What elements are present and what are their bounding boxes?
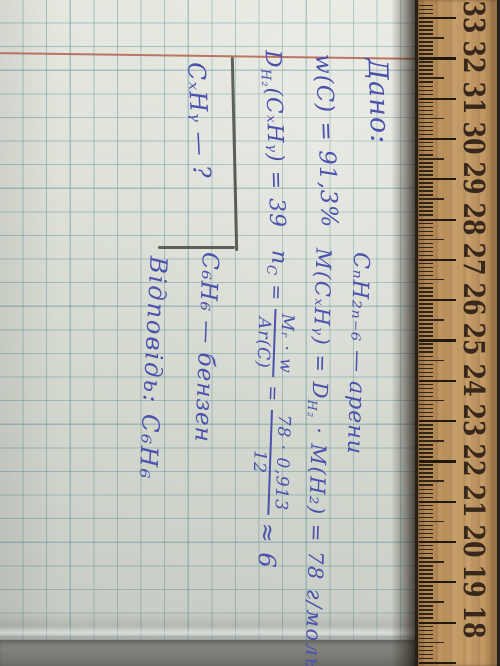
ruler-tick-mm xyxy=(419,372,433,374)
ruler-tick-mm xyxy=(419,368,433,370)
ruler-tick-mm xyxy=(419,480,444,482)
ruler-tick-mm xyxy=(419,37,444,39)
ruler-tick-mm xyxy=(419,613,433,615)
ruler-tick-mm xyxy=(419,392,433,394)
nc-subscript: С xyxy=(263,265,278,277)
ruler-tick-mm xyxy=(419,400,444,402)
ruler-tick-mm xyxy=(419,464,433,466)
ruler-tick-mm xyxy=(419,509,433,511)
ruler-tick-mm xyxy=(419,61,433,63)
ruler-tick-mm xyxy=(419,21,433,23)
wooden-ruler: 33323130292827262524232221201918 xyxy=(415,0,500,666)
ruler-tick-mm xyxy=(419,166,433,168)
upright-page: Дано: w(С) = 91,3% DН₂(СₓНᵧ) = 39 СₓНᵧ —… xyxy=(0,0,500,666)
ruler-tick-mm xyxy=(419,77,444,79)
ruler-tick-mm xyxy=(419,364,433,366)
ruler-tick-mm xyxy=(419,593,433,595)
ruler-tick-cm xyxy=(419,581,456,583)
ruler-tick-mm xyxy=(419,303,433,305)
ruler-tick-mm xyxy=(419,198,444,200)
fraction-denominator: Ar(С) xyxy=(251,313,274,373)
ruler-tick-mm xyxy=(419,13,433,15)
ruler-tick-mm xyxy=(419,630,433,632)
given-box-divider xyxy=(158,246,235,249)
ruler-tick-mm xyxy=(419,529,433,531)
ruler-tick-mm xyxy=(419,472,433,474)
ruler-tick-mm xyxy=(419,577,433,579)
ruler-tick-mm xyxy=(419,605,433,607)
ruler-tick-mm xyxy=(419,86,433,88)
ruler-tick-mm xyxy=(419,319,444,321)
ruler-tick-mm xyxy=(419,545,433,547)
ruler-tick-mm xyxy=(419,432,433,434)
ruler-tick-mm xyxy=(419,110,433,112)
ruler-tick-cm xyxy=(419,98,456,100)
ruler-tick-cm xyxy=(419,138,456,140)
ruler-tick-mm xyxy=(419,654,433,656)
ruler-tick-mm xyxy=(419,150,433,152)
ruler-tick-mm xyxy=(419,69,433,71)
ruler-tick-mm xyxy=(419,456,433,458)
ruler-tick-cm xyxy=(419,622,456,624)
density-line: DН₂(СₓНᵧ) = 39 xyxy=(257,50,289,229)
ruler-tick-mm xyxy=(419,517,433,519)
nc-base: n xyxy=(266,250,292,266)
ruler-tick-mm xyxy=(419,484,433,486)
ruler-tick-mm xyxy=(419,343,433,345)
ruler-tick-mm xyxy=(419,440,444,442)
ruler-tick-mm xyxy=(419,311,433,313)
ruler-tick-mm xyxy=(419,585,433,587)
ruler-tick-mm xyxy=(419,243,433,245)
ruler-tick-mm xyxy=(419,376,433,378)
ruler-shadow xyxy=(391,0,418,666)
ruler-tick-mm xyxy=(419,206,433,208)
ruler-tick-mm xyxy=(419,94,433,96)
ruler-tick-mm xyxy=(419,569,433,571)
ruler-tick-mm xyxy=(419,231,433,233)
ruler-tick-mm xyxy=(419,549,433,551)
ruler-tick-mm xyxy=(419,307,433,309)
ruler-tick-mm xyxy=(419,182,433,184)
ruler-tick-mm xyxy=(419,134,433,136)
ruler-tick-mm xyxy=(419,162,433,164)
ruler-tick-mm xyxy=(419,194,433,196)
ruler-tick-mm xyxy=(419,331,433,333)
ruler-tick-mm xyxy=(419,388,433,390)
ruler-tick-mm xyxy=(419,41,433,43)
ruler-tick-mm xyxy=(419,9,433,11)
ruler-tick-mm xyxy=(419,279,444,281)
ruler-tick-mm xyxy=(419,65,433,67)
table-surface xyxy=(0,640,418,666)
ruler-tick-mm xyxy=(419,142,433,144)
ruler-tick-mm xyxy=(419,202,433,204)
ruler-tick-mm xyxy=(419,493,433,495)
ruler-tick-mm xyxy=(419,291,433,293)
ruler-tick-mm xyxy=(419,356,433,358)
ruler-tick-mm xyxy=(419,557,433,559)
ruler-tick-mm xyxy=(419,295,433,297)
ruler-tick-mm xyxy=(419,114,433,116)
molar-mass-subscript: Н₂ xyxy=(305,400,320,419)
ruler-tick-mm xyxy=(419,33,433,35)
ruler-tick-mm xyxy=(419,626,433,628)
fraction-denominator: 12 xyxy=(247,446,269,478)
numeric-fraction: 78 · 0,913 12 xyxy=(246,409,294,515)
ruler-tick-mm xyxy=(419,537,433,539)
ruler-tick-mm xyxy=(419,5,433,7)
ruler-tick-mm xyxy=(419,513,433,515)
ruler-tick-mm xyxy=(419,90,433,92)
ruler-tick-mm xyxy=(419,525,433,527)
ruler-tick-cm xyxy=(419,501,456,503)
ruler-tick-mm xyxy=(419,275,433,277)
ruler-tick-mm xyxy=(419,561,444,563)
ruler-tick-mm xyxy=(419,589,433,591)
ruler-tick-cm xyxy=(419,339,456,341)
fraction-numerator: 78 · 0,913 xyxy=(267,410,294,515)
page-edge-curl xyxy=(0,612,418,642)
ruler-tick-mm xyxy=(419,190,433,192)
ruler-tick-mm xyxy=(419,448,433,450)
ruler-tick-mm xyxy=(419,118,444,120)
ruler-tick-mm xyxy=(419,25,433,27)
ruler-tick-mm xyxy=(419,227,433,229)
ruler-tick-mm xyxy=(419,489,433,491)
ruler-tick-mm xyxy=(419,468,433,470)
nc-symbol: nС xyxy=(263,250,292,277)
ruler-tick-cm xyxy=(419,420,456,422)
ruler-tick-mm xyxy=(419,283,433,285)
ruler-tick-mm xyxy=(419,210,433,212)
ruler-tick-mm xyxy=(419,396,433,398)
ruler-tick-cm xyxy=(419,460,456,462)
ruler-tick-cm xyxy=(419,662,456,664)
ruler-tick-mm xyxy=(419,476,433,478)
ruler-tick-cm xyxy=(419,219,456,221)
ruler-tick-mm xyxy=(419,29,433,31)
ruler-tick-mm xyxy=(419,533,433,535)
ruler-tick-mm xyxy=(419,646,433,648)
ruler-tick-mm xyxy=(419,650,433,652)
ruler-tick-mm xyxy=(419,436,433,438)
ruler-tick-mm xyxy=(419,408,433,410)
carbon-count-result: ≈ 6 xyxy=(252,522,282,569)
ruler-tick-mm xyxy=(419,263,433,265)
equals-sign: = xyxy=(261,385,284,403)
ruler-tick-mm xyxy=(419,235,433,237)
ruler-tick-mm xyxy=(419,214,433,216)
ruler-tick-mm xyxy=(419,158,444,160)
ruler-tick-mm xyxy=(419,416,433,418)
ruler-tick-mm xyxy=(419,239,444,241)
density-symbol: D xyxy=(260,50,285,69)
ruler-tick-mm xyxy=(419,53,433,55)
ruler-tick-mm xyxy=(419,49,433,51)
ruler-tick-mm xyxy=(419,573,433,575)
ruler-tick-mm xyxy=(419,174,433,176)
formula-fraction: Мᵣ · w Ar(С) xyxy=(251,308,298,378)
ruler-tick-mm xyxy=(419,267,433,269)
ruler-tick-mm xyxy=(419,287,433,289)
ruler-tick-cm xyxy=(419,17,456,19)
equals-sign: = xyxy=(265,284,288,302)
ruler-tick-mm xyxy=(419,565,433,567)
fraction-numerator: Мᵣ · w xyxy=(272,309,298,378)
ruler-tick-mm xyxy=(419,126,433,128)
ruler-tick-mm xyxy=(419,404,433,406)
ruler-tick-cm xyxy=(419,380,456,382)
ruler-tick-mm xyxy=(419,106,433,108)
ruler-tick-cm xyxy=(419,541,456,543)
ruler-tick-mm xyxy=(419,247,433,249)
ruler-tick-mm xyxy=(419,130,433,132)
ruler-tick-mm xyxy=(419,412,433,414)
ruler-tick-mm xyxy=(419,505,433,507)
ruler-tick-mm xyxy=(419,658,433,660)
ruler-tick-mm xyxy=(419,323,433,325)
molar-mass-prefix: М(СₓНᵧ) = D xyxy=(308,248,336,400)
ruler-tick-mm xyxy=(419,497,433,499)
ruler-tick-mm xyxy=(419,335,433,337)
ruler-tick-mm xyxy=(419,444,433,446)
notebook-photo: Дано: w(С) = 91,3% DН₂(СₓНᵧ) = 39 СₓНᵧ —… xyxy=(0,0,500,666)
ruler-tick-mm xyxy=(419,617,433,619)
ruler-tick-mm xyxy=(419,186,433,188)
ruler-tick-mm xyxy=(419,255,433,257)
density-value: (СₓНᵧ) = 39 xyxy=(261,87,290,228)
ruler-tick-mm xyxy=(419,609,433,611)
ruler-tick-mm xyxy=(419,251,433,253)
ruler-tick-mm xyxy=(419,146,433,148)
ruler-tick-mm xyxy=(419,154,433,156)
ruler-tick-mm xyxy=(419,638,433,640)
ruler-tick-mm xyxy=(419,597,433,599)
ruler-tick-mm xyxy=(419,642,444,644)
ruler-tick-mm xyxy=(419,634,433,636)
ruler-ticks xyxy=(419,0,497,666)
ruler-tick-mm xyxy=(419,384,433,386)
ruler-tick-cm xyxy=(419,178,456,180)
ruler-tick-mm xyxy=(419,521,444,523)
ruler-tick-cm xyxy=(419,57,456,59)
ruler-tick-mm xyxy=(419,170,433,172)
ruler-tick-mm xyxy=(419,360,444,362)
ruler-tick-mm xyxy=(419,102,433,104)
ruler-tick-mm xyxy=(419,428,433,430)
ruler-tick-mm xyxy=(419,327,433,329)
ruler-tick-cm xyxy=(419,299,456,301)
ruler-tick-mm xyxy=(419,45,433,47)
ruler-tick-mm xyxy=(419,424,433,426)
ruler-tick-mm xyxy=(419,81,433,83)
ruler-tick-mm xyxy=(419,351,433,353)
ruler-tick-mm xyxy=(419,271,433,273)
ruler-tick-mm xyxy=(419,347,433,349)
ruler-tick-mm xyxy=(419,601,444,603)
ruler-tick-mm xyxy=(419,73,433,75)
ruler-tick-mm xyxy=(419,553,433,555)
ruler-tick-mm xyxy=(419,122,433,124)
ruler-tick-cm xyxy=(419,259,456,261)
ruler-tick-mm xyxy=(419,452,433,454)
ruler-tick-mm xyxy=(419,223,433,225)
ruler-tick-mm xyxy=(419,315,433,317)
density-subscript: Н₂ xyxy=(258,69,273,88)
